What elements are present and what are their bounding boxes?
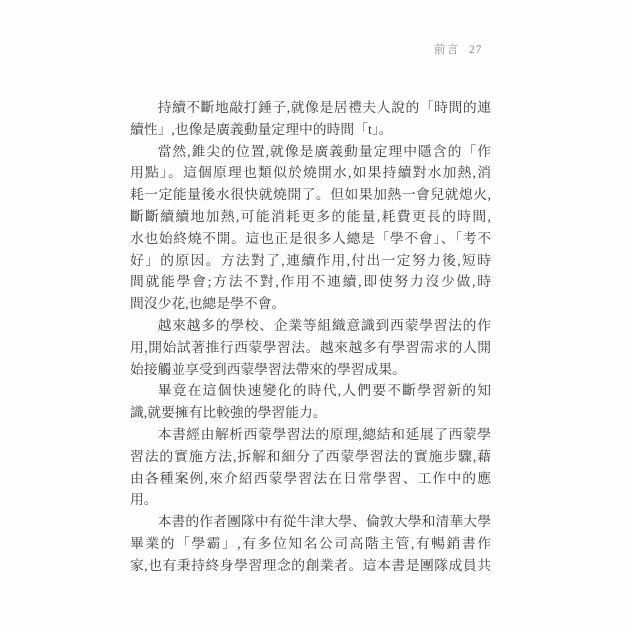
text-line: 續性」,也像是廣義動量定理中的時間「t」。 [130,119,491,141]
text-line: 本書經由解析西蒙學習法的原理,總結和延展了西蒙學 [130,424,491,446]
text-line: 好」的原因。方法對了,連續作用,付出一定努力後,短時 [130,250,491,272]
text-line: 越來越多的學校、企業等組織意識到西蒙學習法的作 [130,315,491,337]
text-line: 持續不斷地敲打錘子,就像是居禮夫人說的「時間的連 [130,97,491,119]
page-number: 27 [469,44,483,56]
text-line: 習法的實施方法,拆解和細分了西蒙學習法的實施步驟,藉 [130,446,491,468]
text-line: 始接觸並享受到西蒙學習法帶來的學習成果。 [130,359,491,381]
paragraph: 畢竟在這個快速變化的時代,人們要不斷學習新的知識,就要擁有比較強的學習能力。 [130,380,491,424]
text-line: 畢竟在這個快速變化的時代,人們要不斷學習新的知 [130,380,491,402]
text-line: 識,就要擁有比較強的學習能力。 [130,402,491,424]
book-page: 前言27 持續不斷地敲打錘子,就像是居禮夫人說的「時間的連續性」,也像是廣義動量… [0,0,634,634]
text-line: 間就能學會;方法不對,作用不連續,即使努力沒少做,時 [130,271,491,293]
text-line: 水也始終燒不開。這也正是很多人總是「學不會」、「考不 [130,228,491,250]
body-text: 持續不斷地敲打錘子,就像是居禮夫人說的「時間的連續性」,也像是廣義動量定理中的時… [130,97,491,577]
section-title: 前言 [434,44,460,56]
paragraph: 越來越多的學校、企業等組織意識到西蒙學習法的作用,開始試著推行西蒙學習法。越來越… [130,315,491,380]
text-line: 用,開始試著推行西蒙學習法。越來越多有學習需求的人開 [130,337,491,359]
text-line: 由各種案例,來介紹西蒙學習法在日常學習、工作中的應 [130,468,491,490]
text-line: 耗一定能量後水很快就燒開了。但如果加熱一會兒就熄火, [130,184,491,206]
paragraph: 本書的作者團隊中有從牛津大學、倫敦大學和清華大學畢業的「學霸」,有多位知名公司高… [130,511,491,576]
paragraph: 本書經由解析西蒙學習法的原理,總結和延展了西蒙學習法的實施方法,拆解和細分了西蒙… [130,424,491,511]
running-header: 前言27 [434,45,483,57]
text-line: 家,也有秉持終身學習理念的創業者。這本書是團隊成員共 [130,555,491,577]
text-line: 間沒少花,也總是學不會。 [130,293,491,315]
text-line: 斷斷續續地加熱,可能消耗更多的能量,耗費更長的時間, [130,206,491,228]
text-line: 當然,錐尖的位置,就像是廣義動量定理中隱含的「作 [130,141,491,163]
paragraph: 當然,錐尖的位置,就像是廣義動量定理中隱含的「作用點」。這個原理也類似於燒開水,… [130,141,491,315]
paragraph: 持續不斷地敲打錘子,就像是居禮夫人說的「時間的連續性」,也像是廣義動量定理中的時… [130,97,491,141]
text-line: 用點」。這個原理也類似於燒開水,如果持續對水加熱,消 [130,162,491,184]
text-line: 用。 [130,489,491,511]
text-line: 本書的作者團隊中有從牛津大學、倫敦大學和清華大學 [130,511,491,533]
text-line: 畢業的「學霸」,有多位知名公司高階主管,有暢銷書作 [130,533,491,555]
